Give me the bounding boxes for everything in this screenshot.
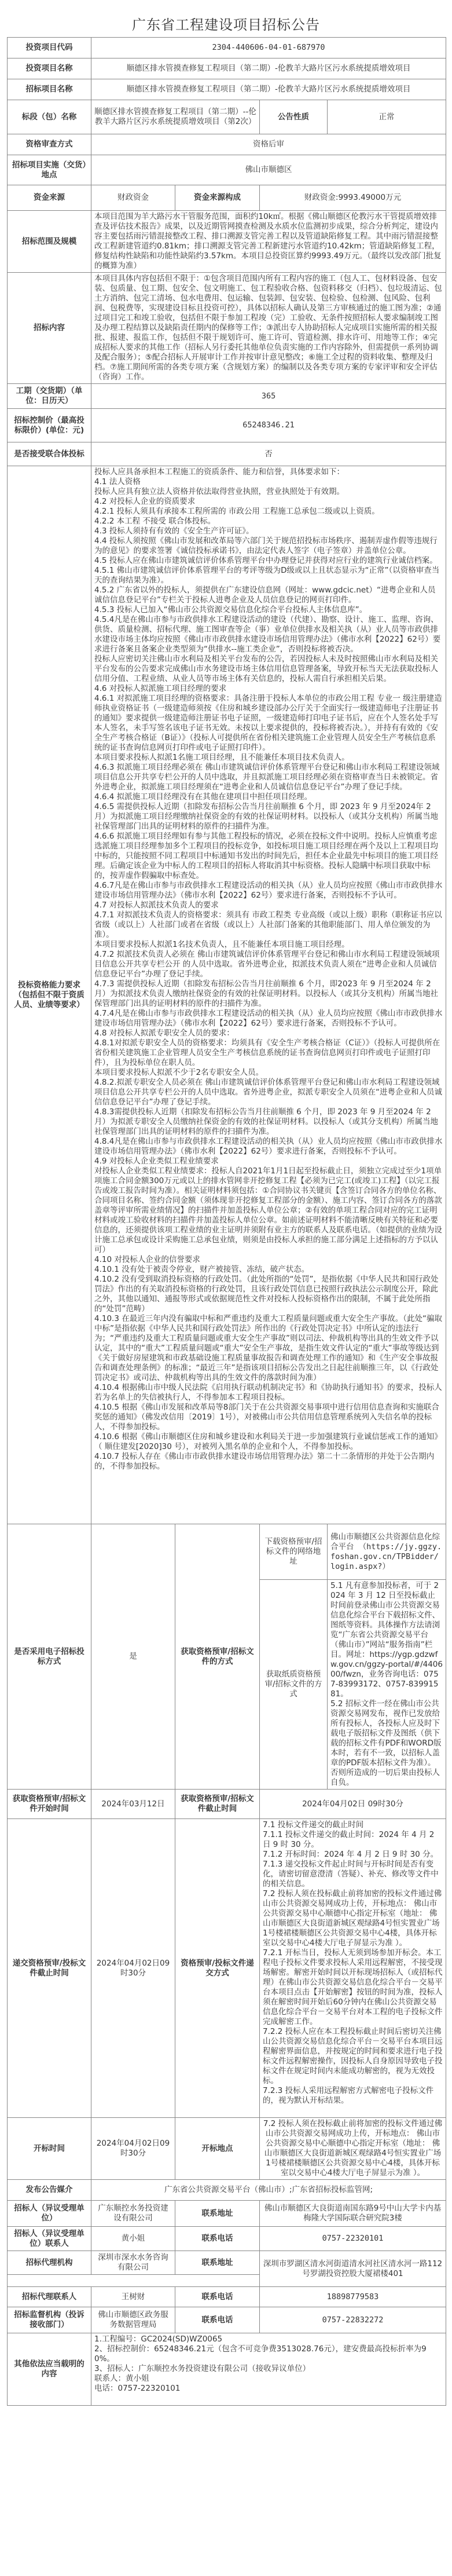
label: 其他依法应当载明的内容 xyxy=(8,2333,91,2406)
control-price-value: 65248346.21 xyxy=(91,409,446,442)
tenderer-phone-value: 0757-22320101 xyxy=(260,2227,446,2251)
label: 投资项目名称 xyxy=(8,58,91,79)
label: 招标内容 xyxy=(8,273,91,384)
label: 投标资格能力要求（包括但不限于资质人员、业绩等要求） xyxy=(8,466,91,1524)
section-name-value: 顺德区排水管摸查修复工程项目（第二期）--伦教羊大路片区污水系统提质增效项目（第… xyxy=(91,100,260,134)
row-agency-contact: 招标代理联系人 王树财 联系电话 18898779583 xyxy=(8,2287,446,2307)
agency-contact-value: 王树财 xyxy=(91,2287,175,2307)
label: 联系电话 xyxy=(175,2307,260,2333)
notice-page: 广东省工程建设项目招标公告 投资项目代码 2304-440606-04-01-6… xyxy=(0,0,452,2415)
duration-value: 365 xyxy=(91,384,446,409)
label: 公告性质 xyxy=(260,100,328,134)
funding-source-value: 财政资金 xyxy=(91,185,175,211)
row-electronic: 是否采用电子招标投标方式 是 获取资格预审/招标文件的方式 下载资格预审/招标文… xyxy=(8,1524,446,1580)
tenderer-address-value: 佛山市顺德区大良街道南国东路9号中山大学卡内基梅隆大学国际联合研究院3楼 xyxy=(260,2201,446,2227)
submission-method-value: 7.1 投标文件递交的截止时间 7.1.1 投标文件递交的截止时间：2024 年… xyxy=(260,1819,446,2118)
media-value: 广东省公共资源交易平台（佛山市）;广东省招标投标监管网; xyxy=(91,2180,446,2201)
label: 开标时间 xyxy=(8,2118,91,2180)
row-duration: 工期（交货期）（单位：日历天） 365 xyxy=(8,384,446,409)
label: 招标项目实施（交货）地点 xyxy=(8,155,91,185)
label: 标段（包）名称 xyxy=(8,100,91,134)
label: 招标监督机构（投诉接收部门） xyxy=(8,2307,91,2333)
label: 联系电话 xyxy=(175,2227,260,2251)
row-submission: 递交资格预审/投标文件截止时间 2024年04月02日09时30分 资格预审/投… xyxy=(8,1819,446,2118)
row-location: 招标项目实施（交货）地点 佛山市顺德区 xyxy=(8,155,446,185)
row-scope: 招标范围及规模 本项目范围为羊大路污水干管服务范围，面积约10k㎡。根据《佛山顺… xyxy=(8,211,446,273)
row-tenderer-contact: 招标人（异议受理单位）联系人 黄小姐 联系电话 0757-22320101 xyxy=(8,2227,446,2251)
funding-composition-value: 财政资金:9993.49000万元 xyxy=(260,185,446,211)
label: 下载资格预审/招标文件的网络地址 xyxy=(260,1524,328,1580)
label: 招标项目名称 xyxy=(8,79,91,100)
row-section-name: 标段（包）名称 顺德区排水管摸查修复工程项目（第二期）--伦教羊大路片区污水系统… xyxy=(8,100,446,134)
row-content: 招标内容 本项目具体内容包括但不限于：①包含项目范围内所有工程内容的施工（包人工… xyxy=(8,273,446,384)
location-value: 佛山市顺德区 xyxy=(91,155,446,185)
consortium-value: 否 xyxy=(91,442,446,466)
label: 发布公告媒介 xyxy=(8,2180,91,2201)
label: 招标范围及规模 xyxy=(8,211,91,273)
label: 联系电话 xyxy=(175,2287,260,2307)
label: 联系地址 xyxy=(175,2251,260,2275)
agency-address-value: 深圳市罗湖区清水河街道清水河社区清水河一路112号罗湖投资控股大厦裙楼401 xyxy=(260,2251,446,2287)
page-title: 广东省工程建设项目招标公告 xyxy=(0,16,452,34)
label: 资金来源构成 xyxy=(175,185,260,211)
notice-nature-value: 正常 xyxy=(328,100,446,134)
paper-method-value: 5.1 凡有意参加投标者，可于 2024 年 3 月 12 日至投标截止时间前登… xyxy=(328,1580,446,1790)
scope-value: 本项目范围为羊大路污水干管服务范围，面积约10k㎡。根据《佛山顺德区伦教污水干管… xyxy=(91,211,446,273)
label: 联系地址 xyxy=(175,2201,260,2227)
label: 招标控制价（最高投标限价）(单位：元) xyxy=(8,409,91,442)
label: 投资项目代码 xyxy=(8,38,91,58)
row-investment-name: 投资项目名称 顺德区排水管摸查修复工程项目（第二期）-伦教羊大路片区污水系统提质… xyxy=(8,58,446,79)
tenderer-contact-value: 黄小姐 xyxy=(91,2227,175,2251)
label: 招标代理机构 xyxy=(8,2251,91,2275)
row-doc-time: 获取资格预审/招标文件开始时间 2024年03月12日 获取资格预审/招标文件截… xyxy=(8,1790,446,1819)
row-tender-project-name: 招标项目名称 顺德区排水管摸查修复工程项目（第二期）-伦教羊大路片区污水系统提质… xyxy=(8,79,446,100)
investment-name-value: 顺德区排水管摸查修复工程项目（第二期）-伦教羊大路片区污水系统提质增效项目 xyxy=(91,58,446,79)
label: 资格预审/投标文件递交方式 xyxy=(175,1819,260,2118)
label: 招标人（异议受理单位）联系人 xyxy=(8,2227,91,2251)
other-value: 1.工程编号：GC2024(SD)WZ0065 2、招标控制价：65248346… xyxy=(91,2333,446,2406)
tender-project-name-value: 顺德区排水管摸查修复工程项目（第二期）-伦教羊大路片区污水系统提质增效项目 xyxy=(91,79,446,100)
row-tenderer: 招标人（异议受理单位） 广东顺控水务投资建设有限公司 联系地址 佛山市顺德区大良… xyxy=(8,2201,446,2227)
row-investment-code: 投资项目代码 2304-440606-04-01-687970 xyxy=(8,38,446,58)
supervisor-phone-value: 0757-22832272 xyxy=(260,2307,446,2333)
agency-value: 深圳市深水水务咨询有限公司 xyxy=(91,2251,175,2275)
notice-table: 投资项目代码 2304-440606-04-01-687970 投资项目名称 顺… xyxy=(7,37,446,2406)
opening-place-value: 7.2 投标人须在投标截止前将加密的投标文件通过佛山市公共资源交易网成功上传，开… xyxy=(260,2118,446,2180)
content-value: 本项目具体内容包括但不限于：①包含项目范围内所有工程内容的施工（包人工、包材料设… xyxy=(91,273,446,384)
label: 是否采用电子招标投标方式 xyxy=(8,1524,91,1790)
row-funding: 资金来源 财政资金 资金来源构成 财政资金:9993.49000万元 xyxy=(8,185,446,211)
label: 获取纸质资格预审/招标文件的方式 xyxy=(260,1580,328,1790)
label: 工期（交货期）（单位：日历天） xyxy=(8,384,91,409)
investment-code-value: 2304-440606-04-01-687970 xyxy=(91,38,446,58)
row-qualification: 投标资格能力要求（包括但不限于资质人员、业绩等要求） 投标人应具备承担本工程施工… xyxy=(8,466,446,1524)
label: 是否接受联合体投标 xyxy=(8,442,91,466)
doc-start-value: 2024年03月12日 xyxy=(91,1790,175,1819)
row-agency: 招标代理机构 深圳市深水水务咨询有限公司 联系地址 深圳市罗湖区清水河街道清水河… xyxy=(8,2251,446,2275)
row-supervisor: 招标监督机构（投诉接收部门） 佛山市顺德区政务服务数据管理局 联系电话 0757… xyxy=(8,2307,446,2333)
label: 获取资格预审/招标文件开始时间 xyxy=(8,1790,91,1819)
label: 资金来源 xyxy=(8,185,91,211)
review-method-value: 资格后审 xyxy=(91,134,446,155)
submission-deadline-value: 2024年04月02日09时30分 xyxy=(91,1819,175,2118)
row-consortium: 是否接受联合体投标 否 xyxy=(8,442,446,466)
label: 递交资格预审/投标文件截止时间 xyxy=(8,1819,91,2118)
opening-time-value: 2024年04月02日09时30分 xyxy=(91,2118,175,2180)
qualification-value: 投标人应具备承担本工程施工的资质条件、能力和信誉，具体要求如下： 4.1 法人资… xyxy=(91,466,446,1524)
label: 招标人（异议受理单位） xyxy=(8,2201,91,2227)
download-url-value[interactable]: 佛山市顺德区公共资源信息化综合平台 （https://jy.ggzy.fosha… xyxy=(328,1524,446,1580)
label: 招标代理联系人 xyxy=(8,2287,91,2307)
label: 开标地点 xyxy=(175,2118,260,2180)
doc-end-value: 2024年04月02日 09时30分 xyxy=(260,1790,446,1819)
row-opening: 开标时间 2024年04月02日09时30分 开标地点 7.2 投标人须在投标截… xyxy=(8,2118,446,2180)
agency-phone-value: 18898779583 xyxy=(260,2287,446,2307)
spacer xyxy=(8,2275,260,2287)
row-media: 发布公告媒介 广东省公共资源交易平台（佛山市）;广东省招标投标监管网; xyxy=(8,2180,446,2201)
row-review-method: 资格审查方式 资格后审 xyxy=(8,134,446,155)
row-control-price: 招标控制价（最高投标限价）(单位：元) 65248346.21 xyxy=(8,409,446,442)
label: 获取资格预审/招标文件截止时间 xyxy=(175,1790,260,1819)
row-other: 其他依法应当载明的内容 1.工程编号：GC2024(SD)WZ0065 2、招标… xyxy=(8,2333,446,2406)
electronic-value: 是 xyxy=(91,1524,175,1790)
tenderer-value: 广东顺控水务投资建设有限公司 xyxy=(91,2201,175,2227)
label: 获取资格预审/招标文件的方式 xyxy=(175,1524,260,1790)
label: 资格审查方式 xyxy=(8,134,91,155)
supervisor-value: 佛山市顺德区政务服务数据管理局 xyxy=(91,2307,175,2333)
